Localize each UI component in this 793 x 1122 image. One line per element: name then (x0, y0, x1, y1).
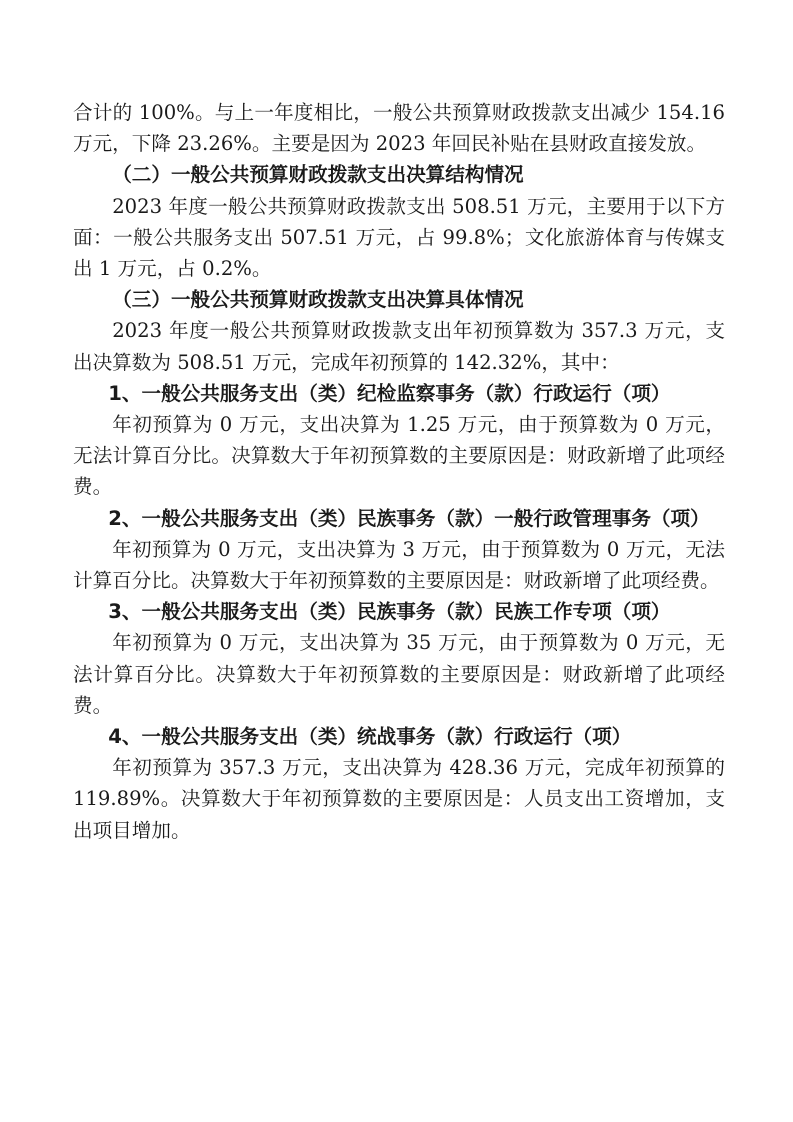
item-heading-4: 4、一般公共服务支出（类）统战事务（款）行政运行（项） (73, 721, 725, 752)
paragraph-details-intro: 2023 年度一般公共预算财政拨款支出年初预算数为 357.3 万元，支出决算数… (73, 315, 725, 377)
item-heading-3: 3、一般公共服务支出（类）民族事务（款）民族工作专项（项） (73, 596, 725, 627)
item-paragraph-4: 年初预算为 357.3 万元，支出决算为 428.36 万元，完成年初预算的 1… (73, 752, 725, 846)
section-heading-2: （二）一般公共预算财政拨款支出决算结构情况 (73, 159, 725, 190)
paragraph-continuation: 合计的 100%。与上一年度相比，一般公共预算财政拨款支出减少 154.16 万… (73, 97, 725, 159)
item-paragraph-3: 年初预算为 0 万元，支出决算为 35 万元，由于预算数为 0 万元，无法计算百… (73, 627, 725, 721)
item-paragraph-2: 年初预算为 0 万元，支出决算为 3 万元，由于预算数为 0 万元，无法计算百分… (73, 534, 725, 596)
item-paragraph-1: 年初预算为 0 万元，支出决算为 1.25 万元，由于预算数为 0 万元，无法计… (73, 409, 725, 503)
item-heading-1: 1、一般公共服务支出（类）纪检监察事务（款）行政运行（项） (73, 378, 725, 409)
document-page: 合计的 100%。与上一年度相比，一般公共预算财政拨款支出减少 154.16 万… (73, 97, 725, 846)
paragraph-structure: 2023 年度一般公共预算财政拨款支出 508.51 万元，主要用于以下方面：一… (73, 191, 725, 285)
section-heading-3: （三）一般公共预算财政拨款支出决算具体情况 (73, 284, 725, 315)
item-heading-2: 2、一般公共服务支出（类）民族事务（款）一般行政管理事务（项） (73, 503, 725, 534)
